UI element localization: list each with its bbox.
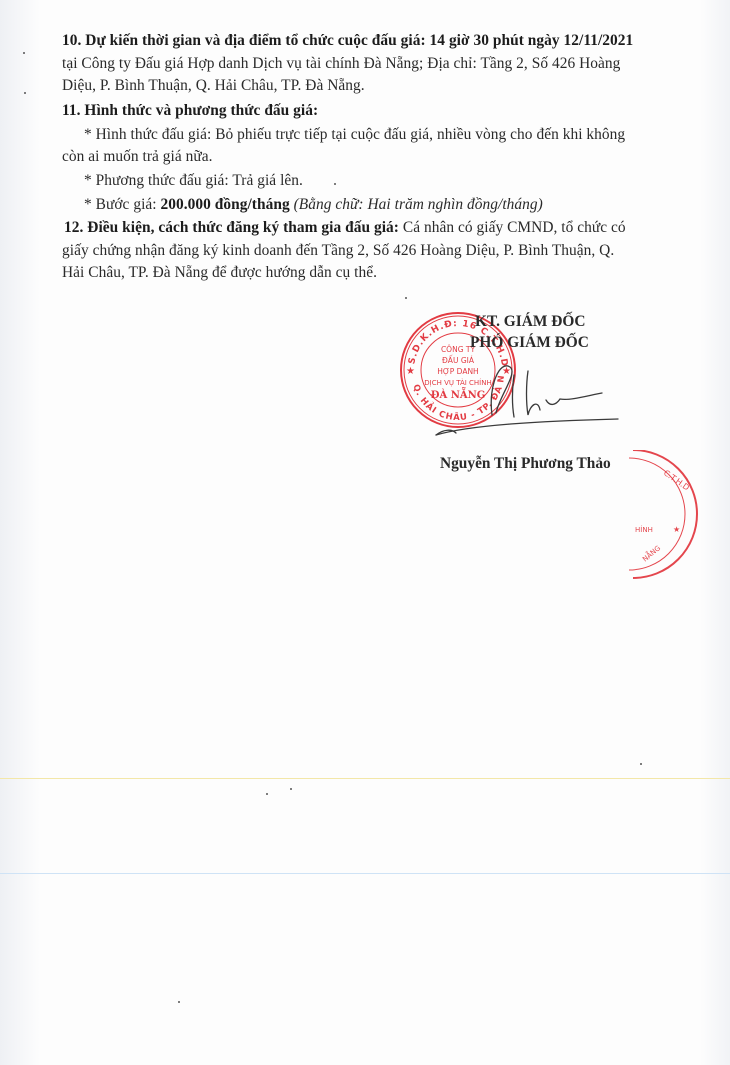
section-10-heading: 10. Dự kiến thời gian và địa điểm tổ chứ…: [62, 32, 633, 50]
auction-method: * Phương thức đấu giá: Trả giá lên.: [84, 172, 303, 190]
dust-speck: [405, 297, 407, 299]
dust-speck: [266, 793, 268, 795]
price-step-value: 200.000 đồng/tháng: [161, 196, 290, 213]
signature-title-1: KT. GIÁM ĐỐC: [475, 313, 585, 331]
section-10-line-3: Diệu, P. Bình Thuận, Q. Hải Châu, TP. Đà…: [62, 77, 365, 95]
signer-name: Nguyễn Thị Phương Thảo: [440, 455, 611, 473]
section-10-line-2: tại Công ty Đấu giá Hợp danh Dịch vụ tài…: [62, 55, 620, 73]
scan-shadow-left: [0, 0, 40, 1065]
dust-speck: [640, 763, 642, 765]
section-12-line-3: Hải Châu, TP. Đà Nẵng để được hướng dẫn …: [62, 264, 377, 282]
svg-text:★: ★: [406, 366, 415, 377]
handwritten-signature: [430, 355, 620, 445]
scan-artifact-line-yellow: [0, 778, 730, 779]
partial-seal-stamp: C.T.H.D HÍNH NẴNG ★: [625, 450, 730, 585]
price-step: * Bước giá: 200.000 đồng/tháng (Bằng chữ…: [84, 196, 543, 214]
section-11-heading: 11. Hình thức và phương thức đấu giá:: [62, 102, 318, 120]
section-12-line-1-rest: Cá nhân có giấy CMND, tổ chức có: [399, 219, 626, 236]
svg-text:HÍNH: HÍNH: [635, 525, 653, 534]
auction-form-line-1: * Hình thức đấu giá: Bỏ phiếu trực tiếp …: [84, 126, 625, 144]
auction-form-line-2: còn ai muốn trả giá nữa.: [62, 148, 213, 166]
section-12-heading: 12. Điều kiện, cách thức đăng ký tham gi…: [64, 219, 399, 236]
section-12-line-2: giấy chứng nhận đăng ký kinh doanh đến T…: [62, 242, 614, 260]
svg-text:NẴNG: NẴNG: [640, 543, 662, 564]
dust-speck: [24, 92, 26, 94]
dust-speck: [23, 52, 25, 54]
price-step-label: * Bước giá:: [84, 196, 161, 213]
svg-text:★: ★: [673, 525, 680, 534]
dust-speck: [290, 788, 292, 790]
dust-speck: [178, 1001, 180, 1003]
price-step-words: (Bằng chữ: Hai trăm nghìn đồng/tháng): [290, 196, 543, 213]
section-12-line-1: 12. Điều kiện, cách thức đăng ký tham gi…: [64, 219, 626, 237]
scan-artifact-line-blue: [0, 873, 730, 874]
dust-speck: [334, 183, 336, 185]
signature-title-2: PHÓ GIÁM ĐỐC: [470, 334, 589, 352]
